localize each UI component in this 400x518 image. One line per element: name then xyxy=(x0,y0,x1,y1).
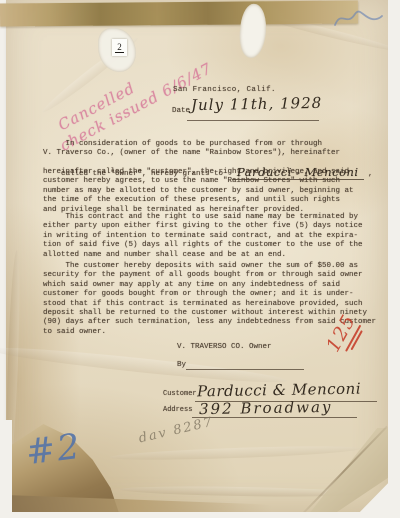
date-value-handwritten: July 11th, 1928 xyxy=(191,94,322,114)
page-number-stamp-text: 2 xyxy=(115,42,124,53)
address-label: Address xyxy=(163,406,192,415)
grant-suffix: , xyxy=(364,170,373,178)
blue-pencil-mark-icon xyxy=(332,6,384,32)
address-value-handwritten: 392 Broadway xyxy=(199,398,333,418)
document-photo: 2 Cancelled check issued 6/6/47 San Fran… xyxy=(0,0,400,518)
customer-label: Customer xyxy=(163,390,197,399)
date-label: Date xyxy=(172,107,190,116)
backdrop-bottom xyxy=(0,512,400,518)
tape-strip xyxy=(0,0,358,26)
paragraph-1-intro: In consideration of goods to be purchase… xyxy=(43,140,340,159)
blue-crayon-page-number: #2 xyxy=(24,427,84,473)
paragraph-2: This contract and the right to use said … xyxy=(43,213,363,260)
backdrop-right xyxy=(388,0,400,518)
page-number-stamp: 2 xyxy=(112,39,127,56)
address-underline xyxy=(192,417,357,418)
paragraph-3: The customer hereby deposits with said o… xyxy=(43,262,376,337)
backdrop-left-bottom xyxy=(0,420,12,518)
by-label: By xyxy=(177,361,186,370)
by-underline xyxy=(186,369,304,370)
date-underline xyxy=(187,120,319,121)
customer-value-handwritten: Parducci & Menconi xyxy=(197,380,361,401)
paragraph-1-rest: hereinafter called the "customer", the r… xyxy=(43,168,354,215)
owner-signature-line: V. TRAVERSO CO. Owner xyxy=(177,343,272,352)
